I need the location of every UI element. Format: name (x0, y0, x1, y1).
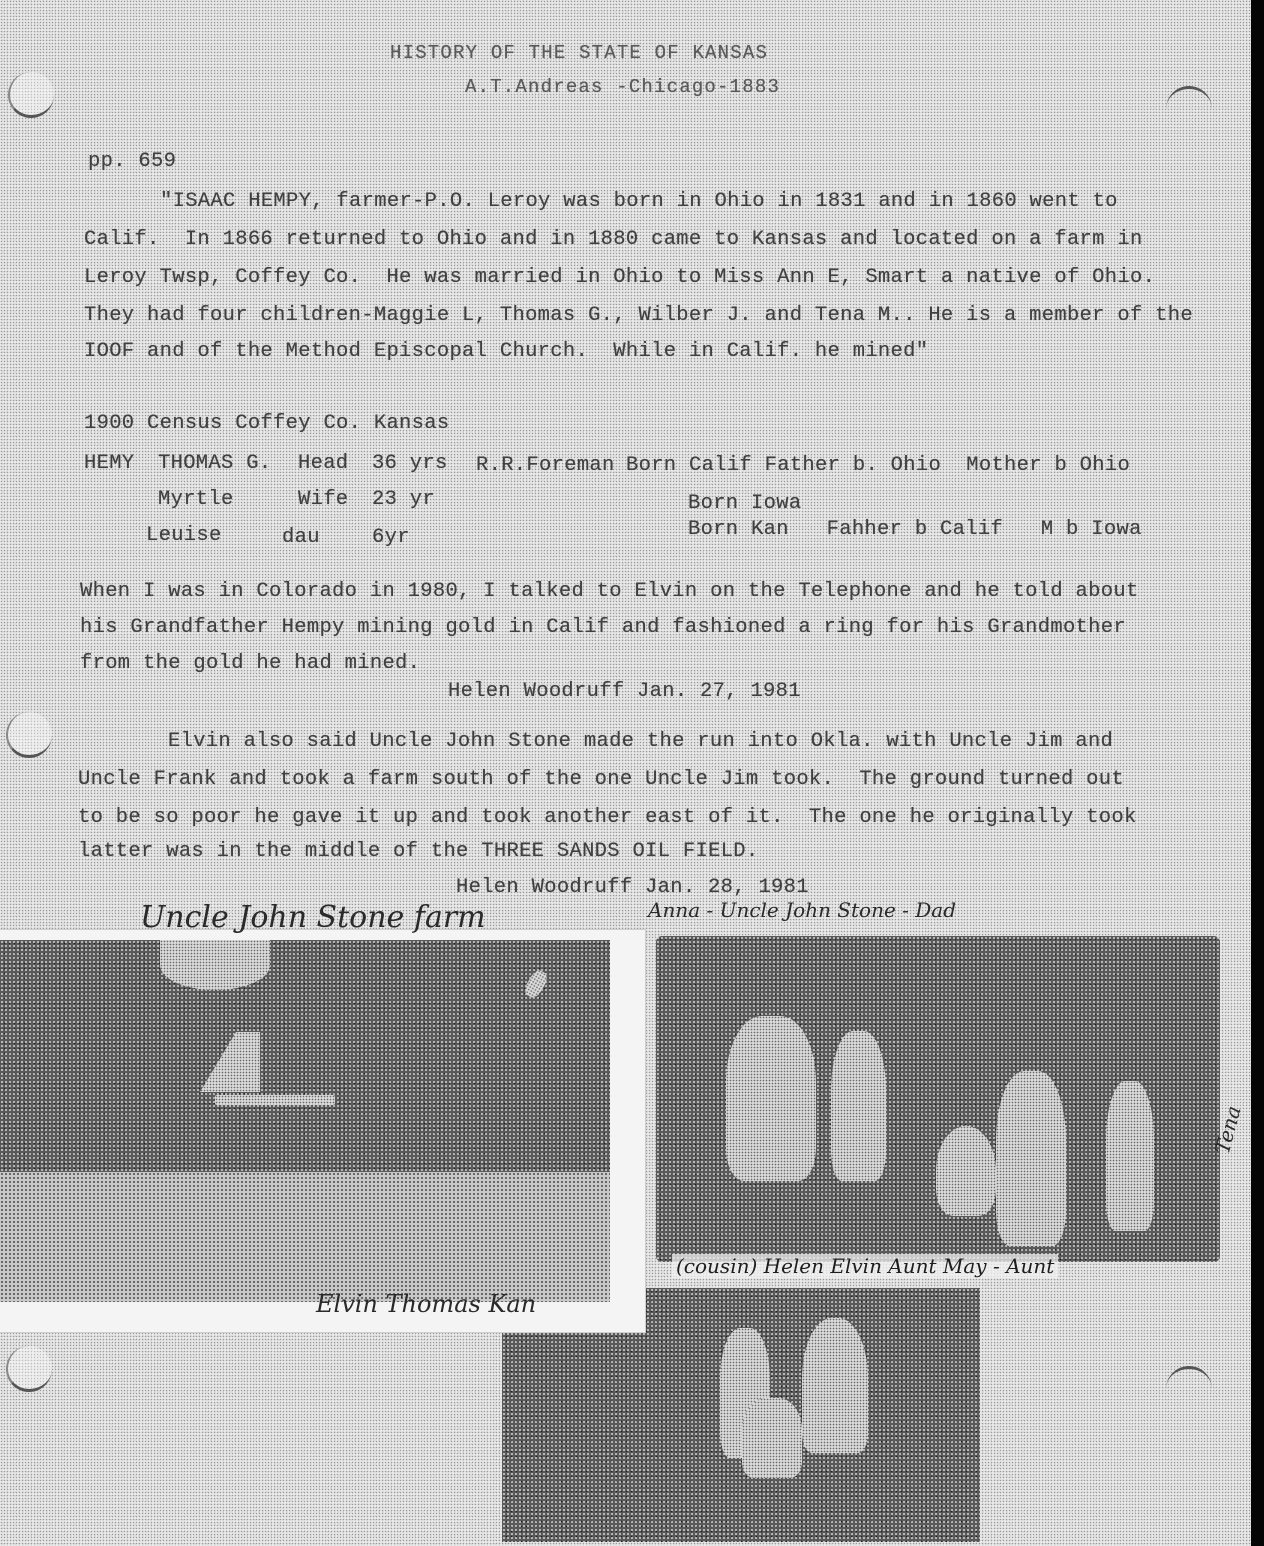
census-heading: 1900 Census Coffey Co. Kansas (84, 412, 449, 435)
census-birth: Born Calif Father b. Ohio Mother b Ohio (626, 454, 1130, 477)
note-line: from the gold he had mined. (80, 652, 420, 675)
census-name: THOMAS G. (158, 452, 271, 475)
photo-caption-handwritten: (cousin) Helen Elvin Aunt May - Aunt (672, 1254, 1058, 1278)
census-occupation: R.R.Foreman (476, 454, 615, 477)
citation-line: "ISAAC HEMPY, farmer-P.O. Leroy was born… (160, 190, 1118, 213)
census-age: 23 yr (372, 488, 435, 511)
family-group-photo (656, 936, 1220, 1262)
punch-hole-mark (6, 1346, 52, 1392)
document-subtitle: A.T.Andreas -Chicago-1883 (465, 76, 780, 98)
document-title: HISTORY OF THE STATE OF KANSAS (390, 42, 768, 64)
note-line: latter was in the middle of the THREE SA… (78, 840, 759, 863)
citation-line: They had four children-Maggie L, Thomas … (84, 304, 1193, 327)
census-relation: dau (282, 526, 320, 549)
farm-house-photo (0, 940, 610, 1302)
photo-caption-handwritten: Anna - Uncle John Stone - Dad (648, 898, 956, 922)
citation-line: Calif. In 1866 returned to Ohio and in 1… (84, 228, 1143, 251)
note-signature: Helen Woodruff Jan. 28, 1981 (456, 876, 809, 899)
note-line: his Grandfather Hempy mining gold in Cal… (80, 616, 1126, 639)
photo-caption-handwritten: Elvin Thomas Kan (316, 1290, 536, 1318)
census-relation: Wife (298, 488, 348, 511)
page-reference: pp. 659 (88, 150, 176, 173)
punch-hole-mark (6, 712, 52, 758)
scan-edge-strip (1251, 0, 1264, 1546)
citation-line: IOOF and of the Method Episcopal Church.… (84, 340, 928, 363)
census-age: 36 yrs (372, 452, 448, 475)
note-line: Uncle Frank and took a farm south of the… (78, 768, 1124, 791)
punch-hole-mark (8, 72, 54, 118)
citation-line: Leroy Twsp, Coffey Co. He was married in… (84, 266, 1155, 289)
note-signature: Helen Woodruff Jan. 27, 1981 (448, 680, 801, 703)
punch-hole-mark (1166, 86, 1212, 132)
census-surname: HEMY (84, 452, 134, 475)
photo-frame-family (648, 924, 1222, 1284)
census-name: Leuise (146, 524, 222, 547)
punch-hole-mark (1166, 1366, 1212, 1412)
photo-frame-farm (0, 930, 645, 1332)
note-line: Elvin also said Uncle John Stone made th… (168, 730, 1113, 753)
census-birth: Born Kan Fahher b Calif M b Iowa (688, 518, 1142, 541)
census-birth: Born Iowa (688, 492, 801, 515)
census-name: Myrtle (158, 488, 234, 511)
photo-caption-handwritten: Uncle John Stone farm (140, 900, 486, 935)
note-line: When I was in Colorado in 1980, I talked… (80, 580, 1139, 603)
census-relation: Head (298, 452, 348, 475)
note-line: to be so poor he gave it up and took ano… (78, 806, 1137, 829)
census-age: 6yr (372, 526, 410, 549)
